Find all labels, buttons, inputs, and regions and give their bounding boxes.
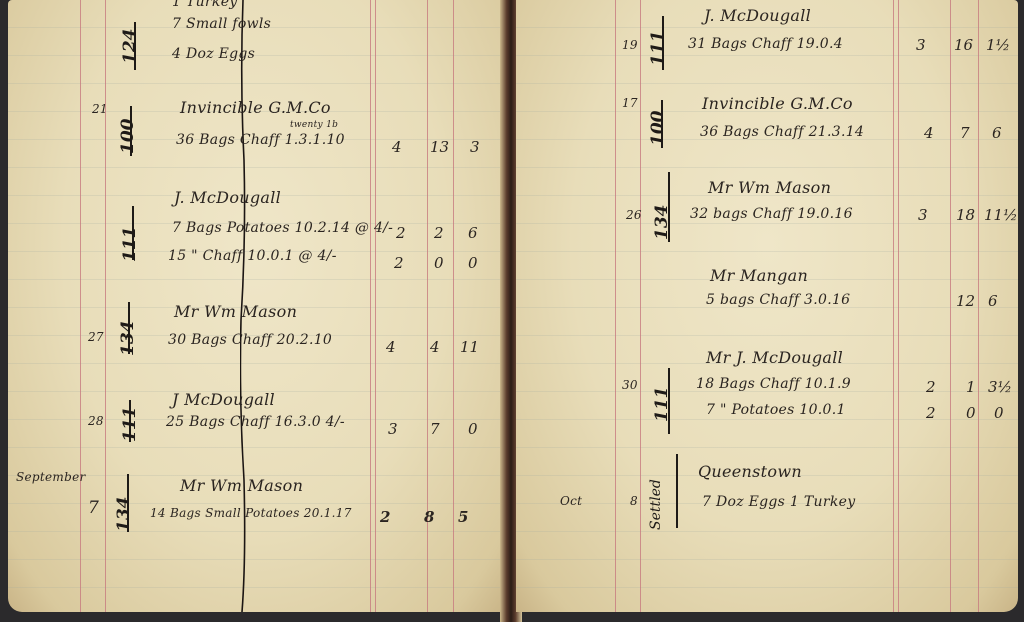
date-column-rule [615,0,616,612]
entry-line: 7 Doz Eggs 1 Turkey [702,494,855,510]
amount-pounds: 2 [926,378,936,396]
amount-pounds: 3 [916,36,926,54]
pounds-column-rule [893,0,899,612]
folio-number: 100 [648,111,668,147]
entry-line: 36 Bags Chaff 21.3.14 [700,124,864,140]
entry-line: 30 Bags Chaff 20.2.10 [168,332,332,348]
folio-number: 124 [120,29,140,65]
pence-column-rule [978,0,979,612]
entry-line: 7 Bags Potatoes 10.2.14 @ 4/- [172,220,393,236]
entry-line: 4 Doz Eggs [172,46,255,62]
entry-month: September [16,470,86,484]
folio-bracket [128,302,130,354]
folio-bracket [668,368,670,434]
customer-name: Mr Wm Mason [174,302,297,321]
amount-shillings: 7 [960,124,970,142]
folio-bracket [132,206,134,260]
folio-bracket [134,22,136,70]
amount-pence: 0 [994,404,1004,422]
amount-shillings: 4 [430,338,440,356]
entry-line: 36 Bags Chaff 1.3.1.10 [176,132,345,148]
amount-pounds: 2 [380,508,390,526]
date-column-rule [80,0,81,612]
customer-name: Mr Wm Mason [708,178,831,197]
amount-pence: 11 [460,338,479,356]
amount-shillings: 16 [954,36,973,54]
entry-date: 27 [88,330,104,344]
entry-date: 19 [622,38,638,52]
amount-pence: 0 [468,254,478,272]
folio-column-rule [640,0,641,612]
amount-pounds: 2 [396,224,406,242]
entry-date: 30 [622,378,638,392]
amount-pounds: 4 [924,124,934,142]
entry-date: 8 [630,494,638,508]
right-ledger-page: J. McDougall 19 111 31 Bags Chaff 19.0.4… [516,0,1018,612]
amount-pounds: 4 [392,138,402,156]
folio-number: 100 [118,119,138,155]
folio-bracket [129,400,131,442]
amount-shillings: 2 [434,224,444,242]
entry-line: 32 bags Chaff 19.0.16 [690,206,853,222]
folio-bracket [130,106,132,156]
amount-pence: 5 [458,508,468,526]
amount-shillings: 8 [424,508,434,526]
amount-shillings: 7 [430,420,440,438]
amount-pounds: 3 [388,420,398,438]
settled-stamp: Settled [648,479,664,530]
customer-name: Mr J. McDougall [706,348,843,367]
customer-name: Invincible G.M.Co [702,94,853,113]
entry-line: 5 bags Chaff 3.0.16 [706,292,850,308]
folio-bracket [127,474,129,532]
entry-date: 21 [92,102,108,116]
entry-date: 7 [88,498,99,518]
shillings-column-rule [950,0,951,612]
entry-line: 18 Bags Chaff 10.1.9 [696,376,851,392]
entry-line: 1 Turkey [172,0,237,10]
amount-pence: 6 [468,224,478,242]
customer-name: Mr Wm Mason [180,476,303,495]
amount-shillings: 18 [956,206,975,224]
amount-pounds: 2 [926,404,936,422]
customer-name: J. McDougall [704,6,811,25]
customer-name: J McDougall [172,390,275,409]
amount-pence: 6 [992,124,1002,142]
folio-bracket [676,454,678,528]
left-ledger-page: 1 Turkey 7 Small fowls 4 Doz Eggs 124 21… [8,0,504,612]
entry-line: 14 Bags Small Potatoes 20.1.17 [150,506,352,520]
amount-shillings: 1 [966,378,976,396]
customer-name: J. McDougall [174,188,281,207]
folio-number: 111 [120,227,140,263]
amount-pence: 6 [988,292,998,310]
amount-pounds: 4 [386,338,396,356]
folio-number: 111 [648,31,668,67]
amount-shillings: 0 [434,254,444,272]
folio-column-rule [105,0,106,612]
customer-name: Invincible G.M.Co [180,98,331,117]
folio-bracket [662,16,664,70]
customer-name: Mr Mangan [710,266,808,285]
amount-pounds: 2 [394,254,404,272]
pounds-column-rule [370,0,376,612]
entry-date: 28 [88,414,104,428]
entry-line: 31 Bags Chaff 19.0.4 [688,36,843,52]
amount-pounds: 3 [918,206,928,224]
entry-line: 15 " Chaff 10.0.1 @ 4/- [168,248,337,264]
folio-number: 134 [114,497,134,533]
amount-pence: 0 [468,420,478,438]
entry-note: twenty 1b [290,120,338,130]
entry-line: 25 Bags Chaff 16.3.0 4/- [166,414,345,430]
entry-date: 26 [626,208,642,222]
folio-bracket [661,100,663,148]
amount-pence: 3 [470,138,480,156]
folio-bracket [668,172,670,242]
amount-pence: 1½ [986,36,1010,54]
amount-pence: 3½ [988,378,1012,396]
entry-date: 17 [622,96,638,110]
pence-column-rule [453,0,454,612]
amount-shillings: 13 [430,138,449,156]
entry-line: 7 " Potatoes 10.0.1 [706,402,846,418]
entry-month: Oct [560,494,582,508]
customer-name: Queenstown [698,462,802,481]
amount-shillings: 0 [966,404,976,422]
entry-line: 7 Small fowls [172,16,271,32]
amount-pence: 11½ [984,206,1018,224]
amount-shillings: 12 [956,292,975,310]
